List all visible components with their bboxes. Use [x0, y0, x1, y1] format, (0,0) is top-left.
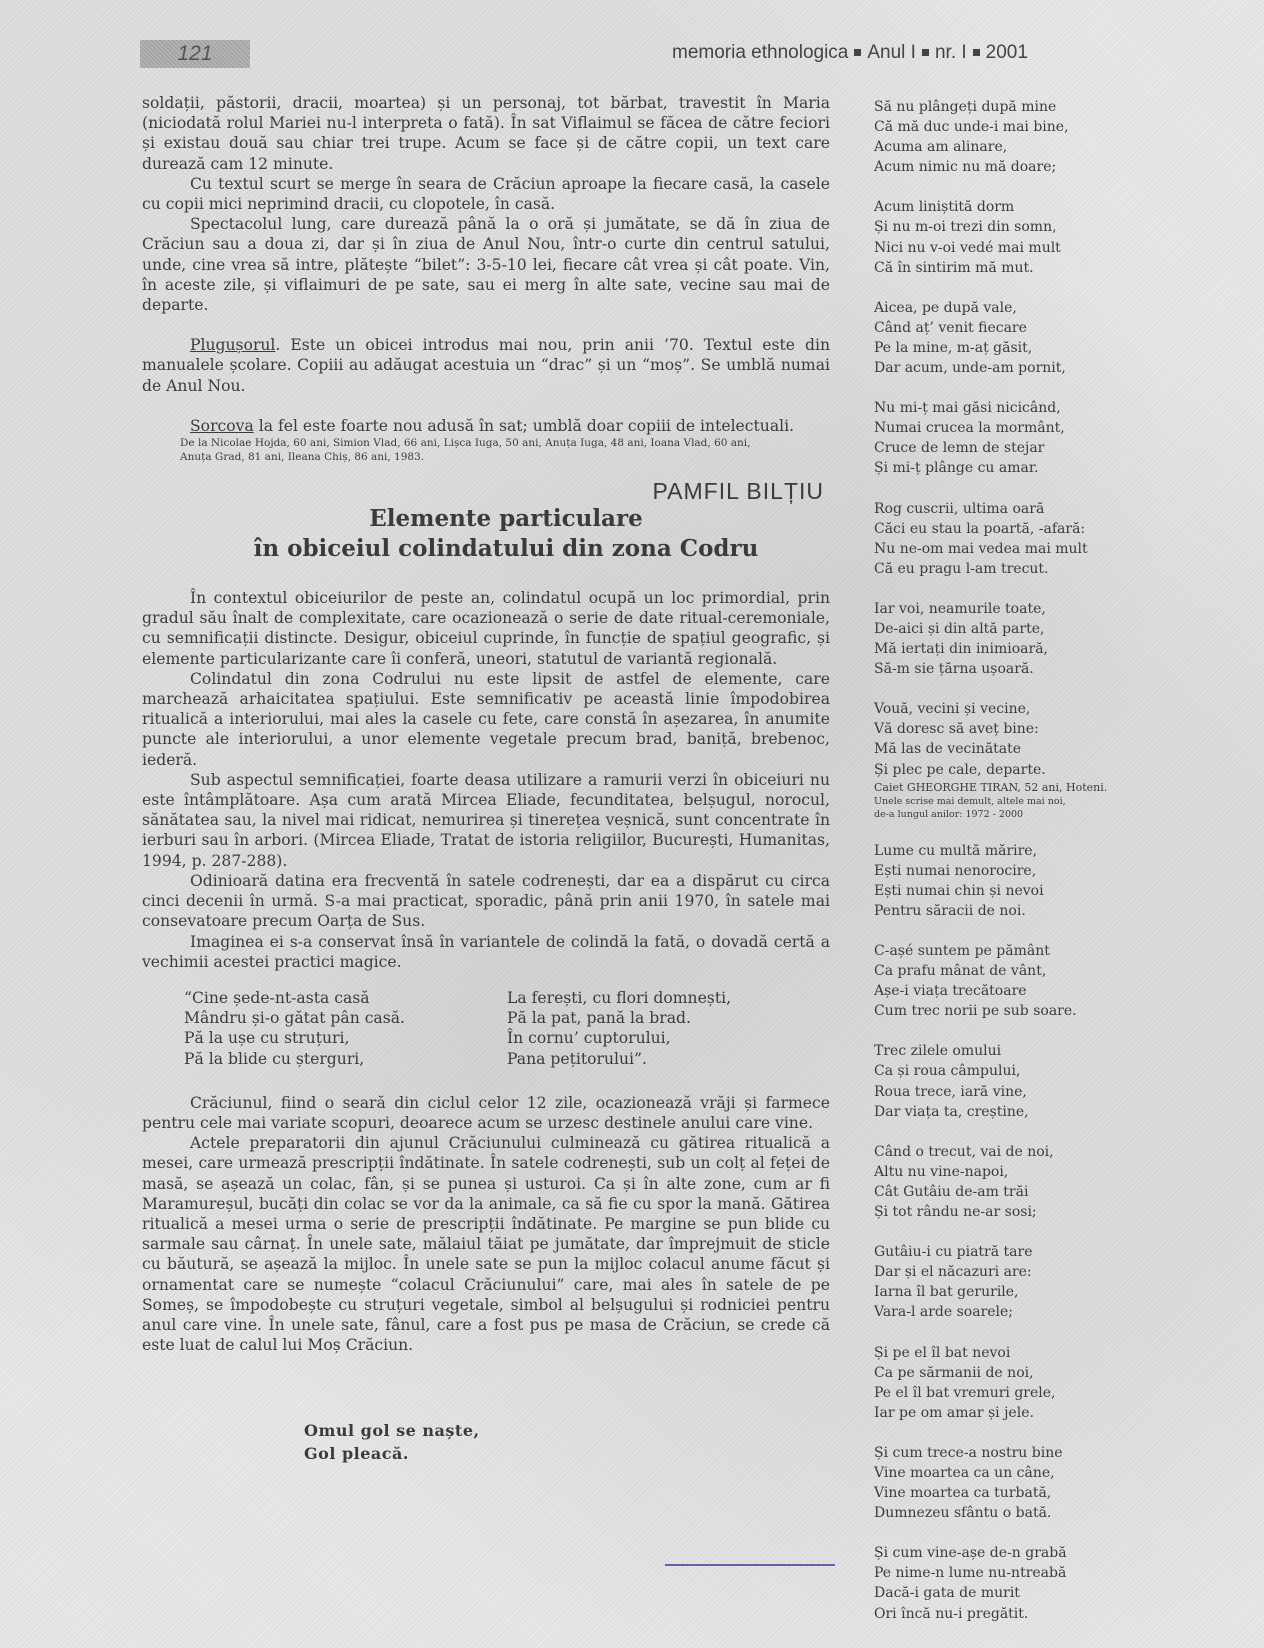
poem-stanza: Rog cuscrii, ultima oarăCăci eu stau la … [874, 499, 1124, 579]
poem-line: Pentru săracii de noi. [874, 901, 1124, 921]
poem-line: Când aț’ venit fiecare [874, 318, 1124, 338]
poem-line: Dar și el năcazuri are: [874, 1262, 1124, 1282]
divider-line [665, 1564, 835, 1566]
paragraph: Cu textul scurt se merge în seara de Cră… [142, 174, 830, 214]
running-header: memoria ethnologicaAnul Inr. I2001 [672, 42, 1028, 64]
poem-line: Ești numai chin și nevoi [874, 881, 1124, 901]
poem-line: Iar pe om amar și jele. [874, 1403, 1124, 1423]
paragraph: Sub aspectul semnificației, foarte deasa… [142, 770, 830, 871]
separator-square-icon [854, 49, 861, 56]
poem-line: Iarna îl bat gerurile, [874, 1282, 1124, 1302]
separator-square-icon [973, 49, 980, 56]
poem-line: Cât Gutâiu de-am trăi [874, 1182, 1124, 1202]
poem-line: Că în sintirim mă mut. [874, 258, 1124, 278]
poem-line: Dumnezeu sfântu o bată. [874, 1503, 1124, 1523]
poem-stanza: Să nu plângeți după mineCă mă duc unde-i… [874, 97, 1124, 177]
poem-line: Nici nu v-oi vedé mai mult [874, 238, 1124, 258]
paragraph: Odinioară datina era frecventă în satele… [142, 871, 830, 932]
poem-line: Cruce de lemn de stejar [874, 438, 1124, 458]
poem-line: Când o trecut, vai de noi, [874, 1142, 1124, 1162]
poem-line: Acuma am alinare, [874, 137, 1124, 157]
poem-line: Lume cu multă mărire, [874, 841, 1124, 861]
poem-line: Cum trec norii pe sub soare. [874, 1001, 1124, 1021]
poem-stanza: Gutâiu-i cu piatră tareDar și el năcazur… [874, 1242, 1124, 1322]
paragraph: Actele preparatorii din ajunul Crăciunul… [142, 1133, 830, 1355]
poem-line: Roua trece, iară vine, [874, 1082, 1124, 1102]
poem-line: Ori încă nu-i pregătit. [874, 1604, 1124, 1624]
poem-line: Acum liniștită dorm [874, 197, 1124, 217]
poem-stanza: Și pe el îl bat nevoiCa pe sărmanii de n… [874, 1343, 1124, 1423]
poem-stanza: Iar voi, neamurile toate,De-aici și din … [874, 599, 1124, 679]
poem-line: Nu ne-om mai vedea mai mult [874, 539, 1124, 559]
poem-line: Gutâiu-i cu piatră tare [874, 1242, 1124, 1262]
poem-line: Căci eu stau la poartă, -afară: [874, 519, 1124, 539]
poem-line: Și cum vine-așe de-n grabă [874, 1543, 1124, 1563]
poem-stanza: Vouă, vecini și vecine,Vă doresc să aveț… [874, 699, 1124, 779]
poem-stanza: Lume cu multă mărire,Ești numai nenoroci… [874, 841, 1124, 921]
plugusorul-paragraph: Plugușorul. Este un obicei introdus mai … [142, 335, 830, 396]
poem-stanza: Trec zilele omuluiCa și roua câmpului,Ro… [874, 1041, 1124, 1121]
poem-line: Că eu pragu l-am trecut. [874, 559, 1124, 579]
poem-line: Trec zilele omului [874, 1041, 1124, 1061]
poem-line: Nu mi-ț mai găsi nicicând, [874, 398, 1124, 418]
paragraph: soldații, păstorii, dracii, moartea) și … [142, 93, 830, 174]
poem-stanza: C-așé suntem pe pământCa prafu mânat de … [874, 941, 1124, 1021]
poem-stanza: Aicea, pe după vale,Când aț’ venit fieca… [874, 298, 1124, 378]
page-number: 121 [140, 40, 250, 68]
poem-line: Să nu plângeți după mine [874, 97, 1124, 117]
poem-line: Iar voi, neamurile toate, [874, 599, 1124, 619]
article-title: Elemente particulare în obiceiul colinda… [142, 504, 830, 564]
side-poem-column: Să nu plângeți după mineCă mă duc unde-i… [874, 97, 1124, 1644]
poem-line: Ca pe sărmanii de noi, [874, 1363, 1124, 1383]
poem-stanza: Și cum trece-a nostru bineVine moartea c… [874, 1443, 1124, 1523]
poem-line: Ca prafu mânat de vânt, [874, 961, 1124, 981]
poem-line: Vara-l arde soarele; [874, 1302, 1124, 1322]
poem-line: Pe el îl bat vremuri grele, [874, 1383, 1124, 1403]
sorcova-paragraph: Sorcova la fel este foarte nou adusă în … [142, 416, 830, 436]
verse-right-column: La ferești, cu flori domnești, Pă la pat… [507, 988, 830, 1069]
paragraph: Imaginea ei s-a conservat însă în varian… [142, 932, 830, 972]
poem-line: Și pe el îl bat nevoi [874, 1343, 1124, 1363]
poem-line: Și tot rându ne-ar sosi; [874, 1202, 1124, 1222]
poem-line: Mă iertați din inimioară, [874, 639, 1124, 659]
journal-title: memoria ethnologica [672, 42, 848, 63]
poem-line: Dacă-i gata de murit [874, 1583, 1124, 1603]
poem-line: C-așé suntem pe pământ [874, 941, 1124, 961]
paragraph: Spectacolul lung, care durează până la o… [142, 214, 830, 315]
poem-line: Să-m sie țărna ușoară. [874, 659, 1124, 679]
poem-line: Și cum trece-a nostru bine [874, 1443, 1124, 1463]
poem-line: Numai crucea la mormânt, [874, 418, 1124, 438]
paragraph: În contextul obiceiurilor de peste an, c… [142, 588, 830, 669]
poem-stanza: Nu mi-ț mai găsi nicicând,Numai crucea l… [874, 398, 1124, 478]
separator-square-icon [922, 49, 929, 56]
poem-source-note: Unele scrise mai demult, altele mai noi, [874, 795, 1124, 808]
poem-source-note: de-a lungul anilor: 1972 - 2000 [874, 808, 1124, 821]
author-name: PAMFIL BILȚIU [142, 478, 824, 504]
poem-line: Și mi-ț plânge cu amar. [874, 458, 1124, 478]
poem-line: Vine moartea ca turbată, [874, 1483, 1124, 1503]
poem-line: Ca și roua câmpului, [874, 1061, 1124, 1081]
poem-stanza: Acum liniștită dormȘi nu m-oi trezi din … [874, 197, 1124, 277]
volume: Anul I [867, 42, 916, 63]
verse-left-column: “Cine șede-nt-asta casă Mândru și-o găta… [184, 988, 507, 1069]
poem-line: Dar viața ta, creștine, [874, 1102, 1124, 1122]
poem-stanza: Și cum vine-așe de-n grabăPe nime-n lume… [874, 1543, 1124, 1623]
source-note: De la Nicolae Hojda, 60 ani, Simion Vlad… [142, 436, 830, 464]
poem-line: Vouă, vecini și vecine, [874, 699, 1124, 719]
poem-line: Vă doresc să aveț bine: [874, 719, 1124, 739]
poem-line: Mă las de vecinătate [874, 739, 1124, 759]
poem-line: Ești numai nenorocire, [874, 861, 1124, 881]
poem-line: Altu nu vine-napoi, [874, 1162, 1124, 1182]
poem-line: Pe la mine, m-aț găsit, [874, 338, 1124, 358]
poem-line: Și nu m-oi trezi din somn, [874, 217, 1124, 237]
plugusorul-term: Plugușorul [190, 336, 275, 354]
poem-line: Vine moartea ca un câne, [874, 1463, 1124, 1483]
poem-line: Că mă duc unde-i mai bine, [874, 117, 1124, 137]
poem-line: Acum nimic nu mă doare; [874, 157, 1124, 177]
poem-line: De-aici și din altă parte, [874, 619, 1124, 639]
year: 2001 [986, 42, 1028, 63]
poem-line: Pe nime-n lume nu-ntreabă [874, 1563, 1124, 1583]
poem-line: Aicea, pe după vale, [874, 298, 1124, 318]
paragraph: Colindatul din zona Codrului nu este lip… [142, 669, 830, 770]
poem-line: Așe-i viața trecătoare [874, 981, 1124, 1001]
poem-stanza: Când o trecut, vai de noi,Altu nu vine-n… [874, 1142, 1124, 1222]
poem-line: Și plec pe cale, departe. [874, 760, 1124, 780]
issue: nr. I [935, 42, 967, 63]
sorcova-term: Sorcova [190, 417, 254, 435]
poem-line: Rog cuscrii, ultima oară [874, 499, 1124, 519]
main-column: soldații, păstorii, dracii, moartea) și … [142, 93, 830, 1465]
poem-source: Caiet GHEORGHE TIRAN, 52 ani, Hoteni. [874, 780, 1124, 795]
colind-verse: “Cine șede-nt-asta casă Mândru și-o găta… [142, 988, 830, 1069]
poem-line: Dar acum, unde-am pornit, [874, 358, 1124, 378]
paragraph: Crăciunul, fiind o seară din ciclul celo… [142, 1093, 830, 1133]
closing-verse: Omul gol se naște, Gol pleacă. [142, 1419, 830, 1465]
